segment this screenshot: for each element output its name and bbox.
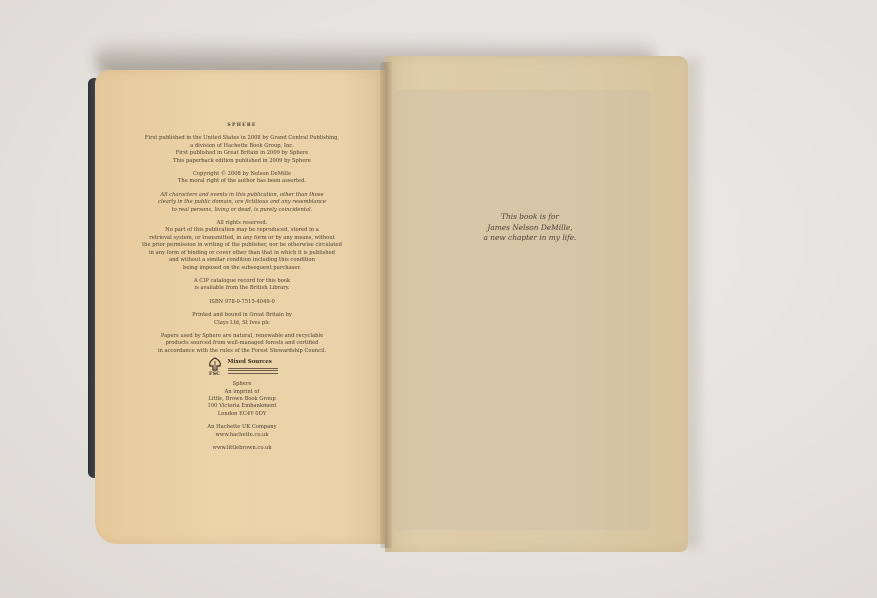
copyright-text-block: SPHERE First published in the United Sta… xyxy=(118,122,366,452)
fsc-label: FSC xyxy=(209,371,220,377)
paper-notice: Papers used by Sphere are natural, renew… xyxy=(118,333,366,355)
dedication-text: This book is for James Nelson DeMille, a… xyxy=(455,212,605,244)
photo-scene: SPHERE First published in the United Sta… xyxy=(0,0,877,598)
imprint-address: Sphere An imprint of Little, Brown Book … xyxy=(118,381,366,418)
copyright-notice: Copyright © 2008 by Nelson DeMille The m… xyxy=(118,171,366,186)
fsc-title: Mixed Sources xyxy=(228,359,278,366)
fsc-fine-print xyxy=(228,368,278,369)
parent-company: An Hachette UK Company www.hachette.co.u… xyxy=(118,424,366,439)
rights-notice: All rights reserved. No part of this pub… xyxy=(118,220,366,272)
publisher-website: www.littlebrown.co.uk xyxy=(118,445,366,452)
cip-notice: A CIP catalogue record for this book is … xyxy=(118,278,366,293)
book-gutter xyxy=(380,62,392,548)
publishing-history: First published in the United States in … xyxy=(118,135,366,165)
show-through-area xyxy=(395,90,650,530)
fsc-logo: FSC Mixed Sources xyxy=(118,357,366,377)
fsc-tree-icon xyxy=(207,357,223,371)
publisher-heading: SPHERE xyxy=(118,122,366,129)
fiction-disclaimer: All characters and events in this public… xyxy=(118,192,366,214)
isbn: ISBN 978-0-7515-4049-0 xyxy=(118,299,366,306)
printer-notice: Printed and bound in Great Britain by Cl… xyxy=(118,312,366,327)
